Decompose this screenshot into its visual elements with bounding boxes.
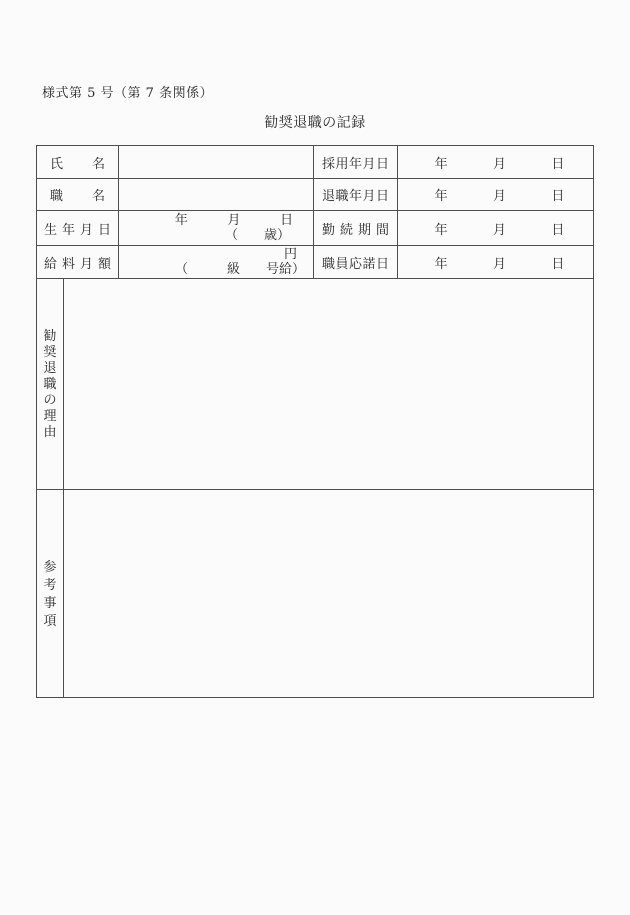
job-title-value-cell (119, 179, 314, 211)
birth-age-blank: （ 歳） (119, 228, 313, 243)
table-row: 勧奨退職の理由 (37, 279, 594, 490)
field-label-name: 氏名 (37, 153, 118, 172)
table-row: 参考事項 (37, 490, 594, 698)
section-label-reference-notes: 参考事項 (43, 561, 56, 628)
consent-date-ymd: 年月日 (398, 253, 593, 272)
hire-date-label-cell: 採用年月日 (314, 146, 398, 179)
name-value-cell (119, 146, 314, 179)
table-row: 氏名 採用年月日 年月日 (37, 146, 594, 179)
page-title: 勧奨退職の記録 (0, 112, 630, 132)
job-title-label-cell: 職名 (37, 179, 119, 211)
retirement-date-label-cell: 退職年月日 (314, 179, 398, 211)
hire-date-value-cell: 年月日 (398, 146, 594, 179)
birth-date-label-cell: 生年月日 (37, 211, 119, 246)
salary-yen-unit: 円 (119, 247, 313, 262)
retirement-reason-content-cell (64, 279, 594, 490)
section-label-retirement-reason: 勧奨退職の理由 (43, 330, 56, 439)
field-label-birth-date: 生年月日 (37, 219, 118, 238)
field-label-consent-date: 職員応諾日 (314, 253, 397, 272)
reference-notes-label-cell: 参考事項 (37, 490, 64, 698)
field-label-retirement-date: 退職年月日 (314, 185, 397, 204)
service-period-value-cell: 年月日 (398, 211, 594, 246)
field-label-salary: 給料月額 (37, 253, 118, 272)
salary-value-cell: 円 （ 級 号給） (119, 246, 314, 279)
field-label-hire-date: 採用年月日 (314, 153, 397, 172)
retirement-date-value-cell: 年月日 (398, 179, 594, 211)
field-label-job-title: 職名 (37, 185, 118, 204)
field-label-service-period: 勤続期間 (314, 219, 397, 238)
birth-date-ymd: 年月日 (119, 213, 313, 228)
table-row: 給料月額 円 （ 級 号給） 職員応諾日 年月日 (37, 246, 594, 279)
retirement-date-ymd: 年月日 (398, 185, 593, 204)
table-row: 生年月日 年月日 （ 歳） 勤続期間 年月日 (37, 211, 594, 246)
consent-date-value-cell: 年月日 (398, 246, 594, 279)
reference-notes-content-cell (64, 490, 594, 698)
birth-date-value-cell: 年月日 （ 歳） (119, 211, 314, 246)
consent-date-label-cell: 職員応諾日 (314, 246, 398, 279)
service-period-label-cell: 勤続期間 (314, 211, 398, 246)
service-period-ymd: 年月日 (398, 219, 593, 238)
salary-label-cell: 給料月額 (37, 246, 119, 279)
retirement-record-table: 氏名 採用年月日 年月日 職名 退職年月日 年月日 生年月日 年月日 （ 歳） (36, 145, 594, 698)
form-number: 様式第 5 号（第 7 条関係） (42, 82, 213, 101)
name-label-cell: 氏名 (37, 146, 119, 179)
hire-date-ymd: 年月日 (398, 153, 593, 172)
table-row: 職名 退職年月日 年月日 (37, 179, 594, 211)
salary-grade-blank: （ 級 号給） (119, 262, 313, 277)
retirement-reason-label-cell: 勧奨退職の理由 (37, 279, 64, 490)
